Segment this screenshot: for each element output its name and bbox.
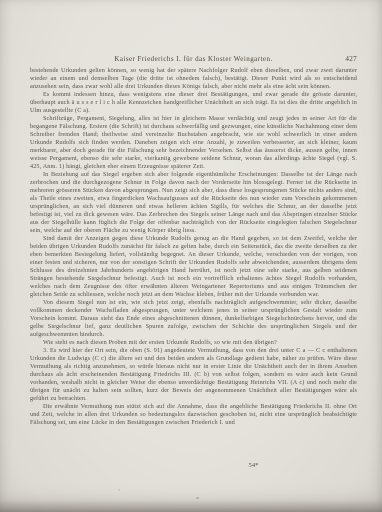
paragraph: Die erwähnte Vermuthung nun stützt sich … (30, 403, 357, 427)
running-head: Kaiser Friederichs I. für das Kloster We… (30, 55, 357, 63)
paragraph: 3. Es wird hier der Ort sein, die oben (… (30, 347, 357, 403)
paragraph: Von diesem Siegel nun ist ein, wie sich … (30, 299, 357, 339)
page-number: 427 (345, 55, 357, 63)
paragraph: Wie steht es nach diesen Proben mit der … (30, 339, 357, 347)
paragraph: In Beziehung auf das Siegel ergeben sich… (30, 171, 357, 235)
paragraph: Schriftzüge, Pergament, Siegelung, alles… (30, 115, 357, 171)
scan-speck (196, 497, 199, 499)
sheet-signature-mark: 54* (30, 462, 357, 469)
scan-speck (118, 489, 120, 491)
paragraph: Es kommt indessen hinzu, dass wenigstens… (30, 91, 357, 115)
paragraph-continuation: bestehende Urkunden gelten können, so we… (30, 67, 357, 91)
paragraph: Sind damit der Anzeigen gegen diese Urku… (30, 235, 357, 299)
body-text-block: bestehende Urkunden gelten können, so we… (30, 67, 357, 427)
scan-edge-shadow (0, 500, 382, 512)
scanned-book-page: Kaiser Friederichs I. für das Kloster We… (0, 0, 382, 512)
running-head-title: Kaiser Friederichs I. für das Kloster We… (114, 55, 272, 63)
